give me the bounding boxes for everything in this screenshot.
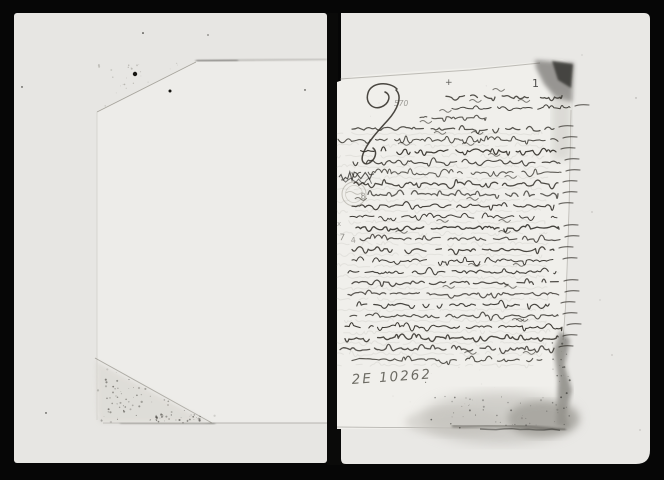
ink-dot — [45, 412, 46, 413]
left-blank-leaf — [97, 60, 327, 423]
paper-speck — [611, 354, 612, 355]
ink-dot — [304, 89, 305, 90]
ink-dot — [21, 86, 22, 87]
top-edge-smudge-dark — [196, 60, 238, 61]
margin-mark: x — [337, 220, 341, 228]
ink-dot — [142, 32, 144, 34]
ink-dot — [169, 90, 172, 93]
bottom-edge-stain-line — [480, 429, 560, 431]
paper-speck — [600, 300, 601, 301]
margin-mark: 7 — [339, 233, 346, 243]
microfilm-frame: 8x74 + 1 570 2E 10262 . — [0, 0, 664, 480]
left-page — [14, 13, 327, 463]
ink-dot — [207, 34, 208, 35]
bottom-stain-mid — [507, 401, 579, 437]
ink-dot — [133, 72, 137, 76]
right-page: 8x74 + 1 570 2E 10262 . — [337, 13, 650, 464]
paper-speck — [639, 429, 640, 430]
paper-speck — [582, 55, 583, 56]
bottom-stain-light — [405, 408, 505, 436]
margin-mark: 4 — [350, 236, 356, 245]
cross-mark: + — [445, 78, 453, 88]
paper-speck — [635, 97, 636, 98]
leaf-bottom-edge-dark — [120, 423, 215, 424]
paper-speck — [591, 211, 592, 212]
archival-reference-dot: . — [424, 375, 427, 386]
year-mark: 570 — [394, 99, 409, 108]
folio-number: 1 — [532, 77, 539, 90]
page-gutter — [327, 13, 338, 463]
scan-canvas: 8x74 + 1 570 2E 10262 . — [0, 0, 664, 480]
